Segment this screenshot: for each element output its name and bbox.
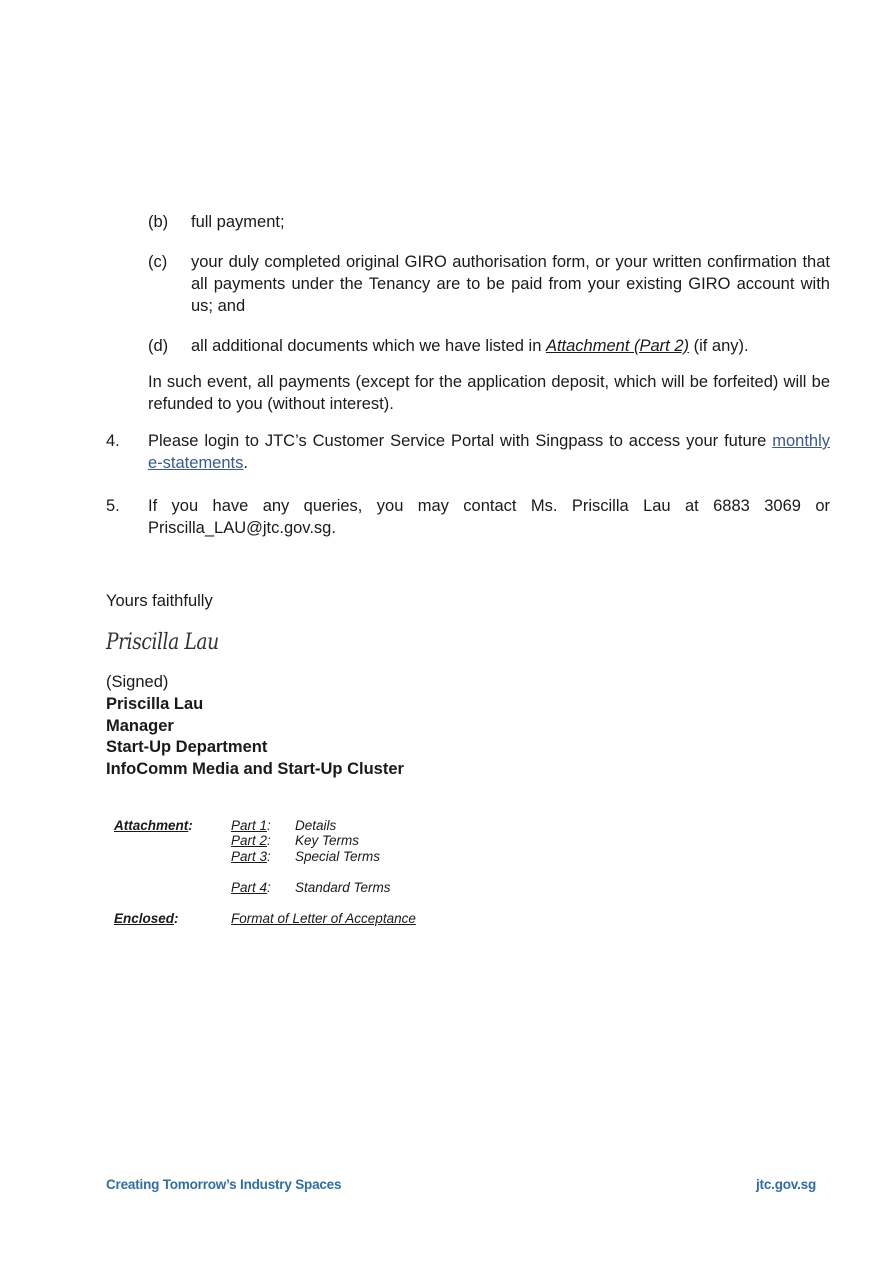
- signatory-title: Manager: [106, 715, 174, 737]
- footer-website[interactable]: jtc.gov.sg: [756, 1177, 816, 1192]
- attachment-part-3-desc: Special Terms: [295, 849, 380, 865]
- para-5-line1: If you have any queries, you may contact…: [148, 495, 830, 517]
- attachment-part-1-desc: Details: [295, 818, 336, 834]
- attachment-part-3: Part 3:: [231, 849, 271, 865]
- attachment-part-2-desc: Key Terms: [295, 833, 359, 849]
- attachment-part-4-desc: Standard Terms: [295, 880, 391, 896]
- para-4-text: Please login to JTC’s Customer Service P…: [148, 430, 830, 474]
- enclosed-value: Format of Letter of Acceptance: [231, 911, 416, 927]
- enclosed-label: Enclosed:: [114, 911, 179, 927]
- footer-tagline: Creating Tomorrow’s Industry Spaces: [106, 1177, 341, 1192]
- attachment-part-4: Part 4:: [231, 880, 271, 896]
- attachment-part-2: Part 2:: [231, 833, 271, 849]
- para-5-number: 5.: [106, 495, 120, 517]
- item-d-label: (d): [148, 335, 168, 357]
- signature: Priscilla Lau: [106, 630, 219, 655]
- item-b-label: (b): [148, 211, 168, 233]
- attachment-label: Attachment:: [114, 818, 193, 834]
- attachment-part-1: Part 1:: [231, 818, 271, 834]
- item-b-text: full payment;: [191, 211, 285, 233]
- para-4-number: 4.: [106, 430, 120, 452]
- signatory-department: Start-Up Department: [106, 736, 267, 758]
- signed-note: (Signed): [106, 671, 168, 693]
- para-5-email: Priscilla_LAU@jtc.gov.sg.: [148, 517, 336, 539]
- item-d-text: all additional documents which we have l…: [191, 335, 749, 357]
- attachment-part2-reference: Attachment (Part 2): [546, 337, 689, 355]
- signatory-name: Priscilla Lau: [106, 693, 203, 715]
- item-c-text: your duly completed original GIRO author…: [191, 251, 830, 317]
- closing: Yours faithfully: [106, 590, 213, 612]
- signatory-cluster: InfoComm Media and Start-Up Cluster: [106, 758, 404, 780]
- refund-note: In such event, all payments (except for …: [148, 371, 830, 415]
- item-c-label: (c): [148, 251, 167, 273]
